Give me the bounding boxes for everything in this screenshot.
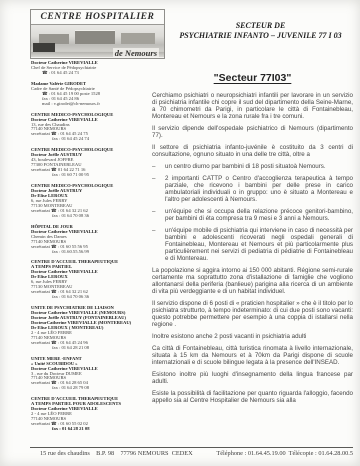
contact-block: CENTRE D'ACCUEIL THERAPEUTIQUEA TEMPS PA…: [31, 260, 155, 300]
hospital-logo: CENTRE HOSPITALIER de Nemours: [30, 9, 165, 59]
bullet-dash-icon: –: [152, 227, 165, 262]
contact-line: ☎ : 01 64 45 24 73: [31, 71, 155, 76]
contact-heading-line: fax : 01 64 28 21 08: [31, 427, 155, 432]
contact-line: fax : 01 64 28 79 08: [31, 386, 155, 391]
photo-building: [121, 33, 155, 44]
sector-paragraph: La popolazione si aggira intorno ai 150 …: [152, 267, 353, 295]
sector-bullet: –un'équipe che si occupa della relazione…: [152, 208, 353, 222]
logo-title: CENTRE HOSPITALIER: [31, 10, 164, 24]
sector-paragraph: Ca città di Fontainebleau, città turisti…: [152, 345, 353, 366]
contact-block: CENTRE MEDICO-PSYCHOLOGIQUEDocteur Cathe…: [31, 113, 155, 143]
sector-paragraph: Inoltre esistono anche 2 posti vacanti i…: [152, 333, 353, 340]
contact-line: fax : 01 64 28 21 08: [31, 346, 155, 351]
contact-block: CENTRE D'ACCUEIL THERAPEUTIQUEA TEMPS PA…: [31, 397, 155, 432]
sector-bullet-text: un centro diurno par bambini di 18 posti…: [165, 163, 353, 170]
sector-bullet-text: 2 importanti CATTP o Centro d'accoglienz…: [165, 175, 353, 203]
photo-building: [75, 31, 115, 44]
bullet-dash-icon: –: [152, 208, 165, 222]
sector-bullet-text: un'équipe che si occupa della relazione …: [165, 208, 353, 222]
scanned-document-page: CENTRE HOSPITALIER de Nemours SECTEUR DE…: [0, 0, 360, 466]
footer-phone: Téléphone : 01.64.45.19.00 Télécopie : 0…: [216, 450, 353, 457]
bullet-dash-icon: –: [152, 175, 165, 203]
contact-line: fax : 01.60.55.56.99: [31, 250, 155, 255]
logo-subtitle: de Nemours: [113, 48, 159, 57]
sector-paragraph: Esistono inoltre più luoghi d'insegnamen…: [152, 371, 353, 385]
photo-dark-block: [33, 43, 55, 52]
contact-block: CENTRE MEDICO-PSYCHOLOGIQUEDocteur Joëll…: [31, 184, 155, 219]
sector-column: "Secteur 77I03" Cerchiamo psichiatri o n…: [152, 72, 353, 409]
contact-line: fax : 01 64 70 06 36: [31, 295, 155, 300]
contact-line: mail : v.girodet@ch-nemours.fr: [31, 102, 155, 107]
footer: 15 rue des chaudins B.P. 98 77796 NEMOUR…: [40, 450, 353, 457]
footer-address: 15 rue des chaudins B.P. 98 77796 NEMOUR…: [40, 450, 193, 457]
header-line1: SECTEUR DE: [163, 21, 358, 31]
footer-divider: [30, 447, 353, 448]
sector-bullet: –un centro diurno par bambini di 18 post…: [152, 163, 353, 170]
sector-paragraph: Cerchiamo psichiatri o neuropsichiatri i…: [152, 92, 353, 120]
sector-paragraph: Il servizio dispone di 6 posti di « prat…: [152, 300, 353, 328]
contact-block: UNITE DE PSYCHIATRIE DE LIAISONDocteur C…: [31, 306, 155, 351]
document-header: SECTEUR DE PSYCHIATRIE INFANTO – JUVENIL…: [163, 21, 358, 41]
contact-block: Madame Valérie GIRODETCadre de Santé de …: [31, 82, 155, 107]
bullet-dash-icon: –: [152, 163, 165, 170]
contact-line: fax : 01 64 45 24 74: [31, 137, 155, 142]
sector-body: Cerchiamo psichiatri o neuropsichiatri i…: [152, 92, 353, 404]
sector-bullet-text: un'équipe mobile di psichiatria qui inte…: [165, 227, 353, 262]
sector-title: "Secteur 77I03": [152, 72, 353, 84]
sector-paragraph: Il settore di psichiatria infanto-juvéni…: [152, 144, 353, 158]
contact-block: UNITE MERE -ENFANT« Unité SCOUBIDOU »Doc…: [31, 357, 155, 392]
contact-block: CENTRE MEDICO-PSYCHOLOGIQUEDocteur Joëll…: [31, 148, 155, 178]
hospital-photo: de Nemours: [31, 24, 164, 57]
sector-bullet: –un'équipe mobile di psichiatria qui int…: [152, 227, 353, 262]
contact-block: HÔPITAL DE JOURDocteur Catherine VIREVIA…: [31, 225, 155, 255]
header-line2: PSYCHIATRIE INFANTO – JUVENILE 77 I 03: [163, 31, 358, 41]
sector-bullet: –2 importanti CATTP o Centro d'accoglien…: [152, 175, 353, 203]
sector-paragraph: Il servizio dipende dell'ospedale psichi…: [152, 125, 353, 139]
contact-block: Docteur Catherine VIREVIALLEChef de Serv…: [31, 61, 155, 76]
contact-line: fax : 01 60 71 00 95: [31, 173, 155, 178]
contact-list: Docteur Catherine VIREVIALLEChef de Serv…: [31, 61, 155, 438]
sector-paragraph: Esiste la possibilità di facilitazione p…: [152, 390, 353, 404]
contact-line: fax : 01 64 70 08 36: [31, 214, 155, 219]
